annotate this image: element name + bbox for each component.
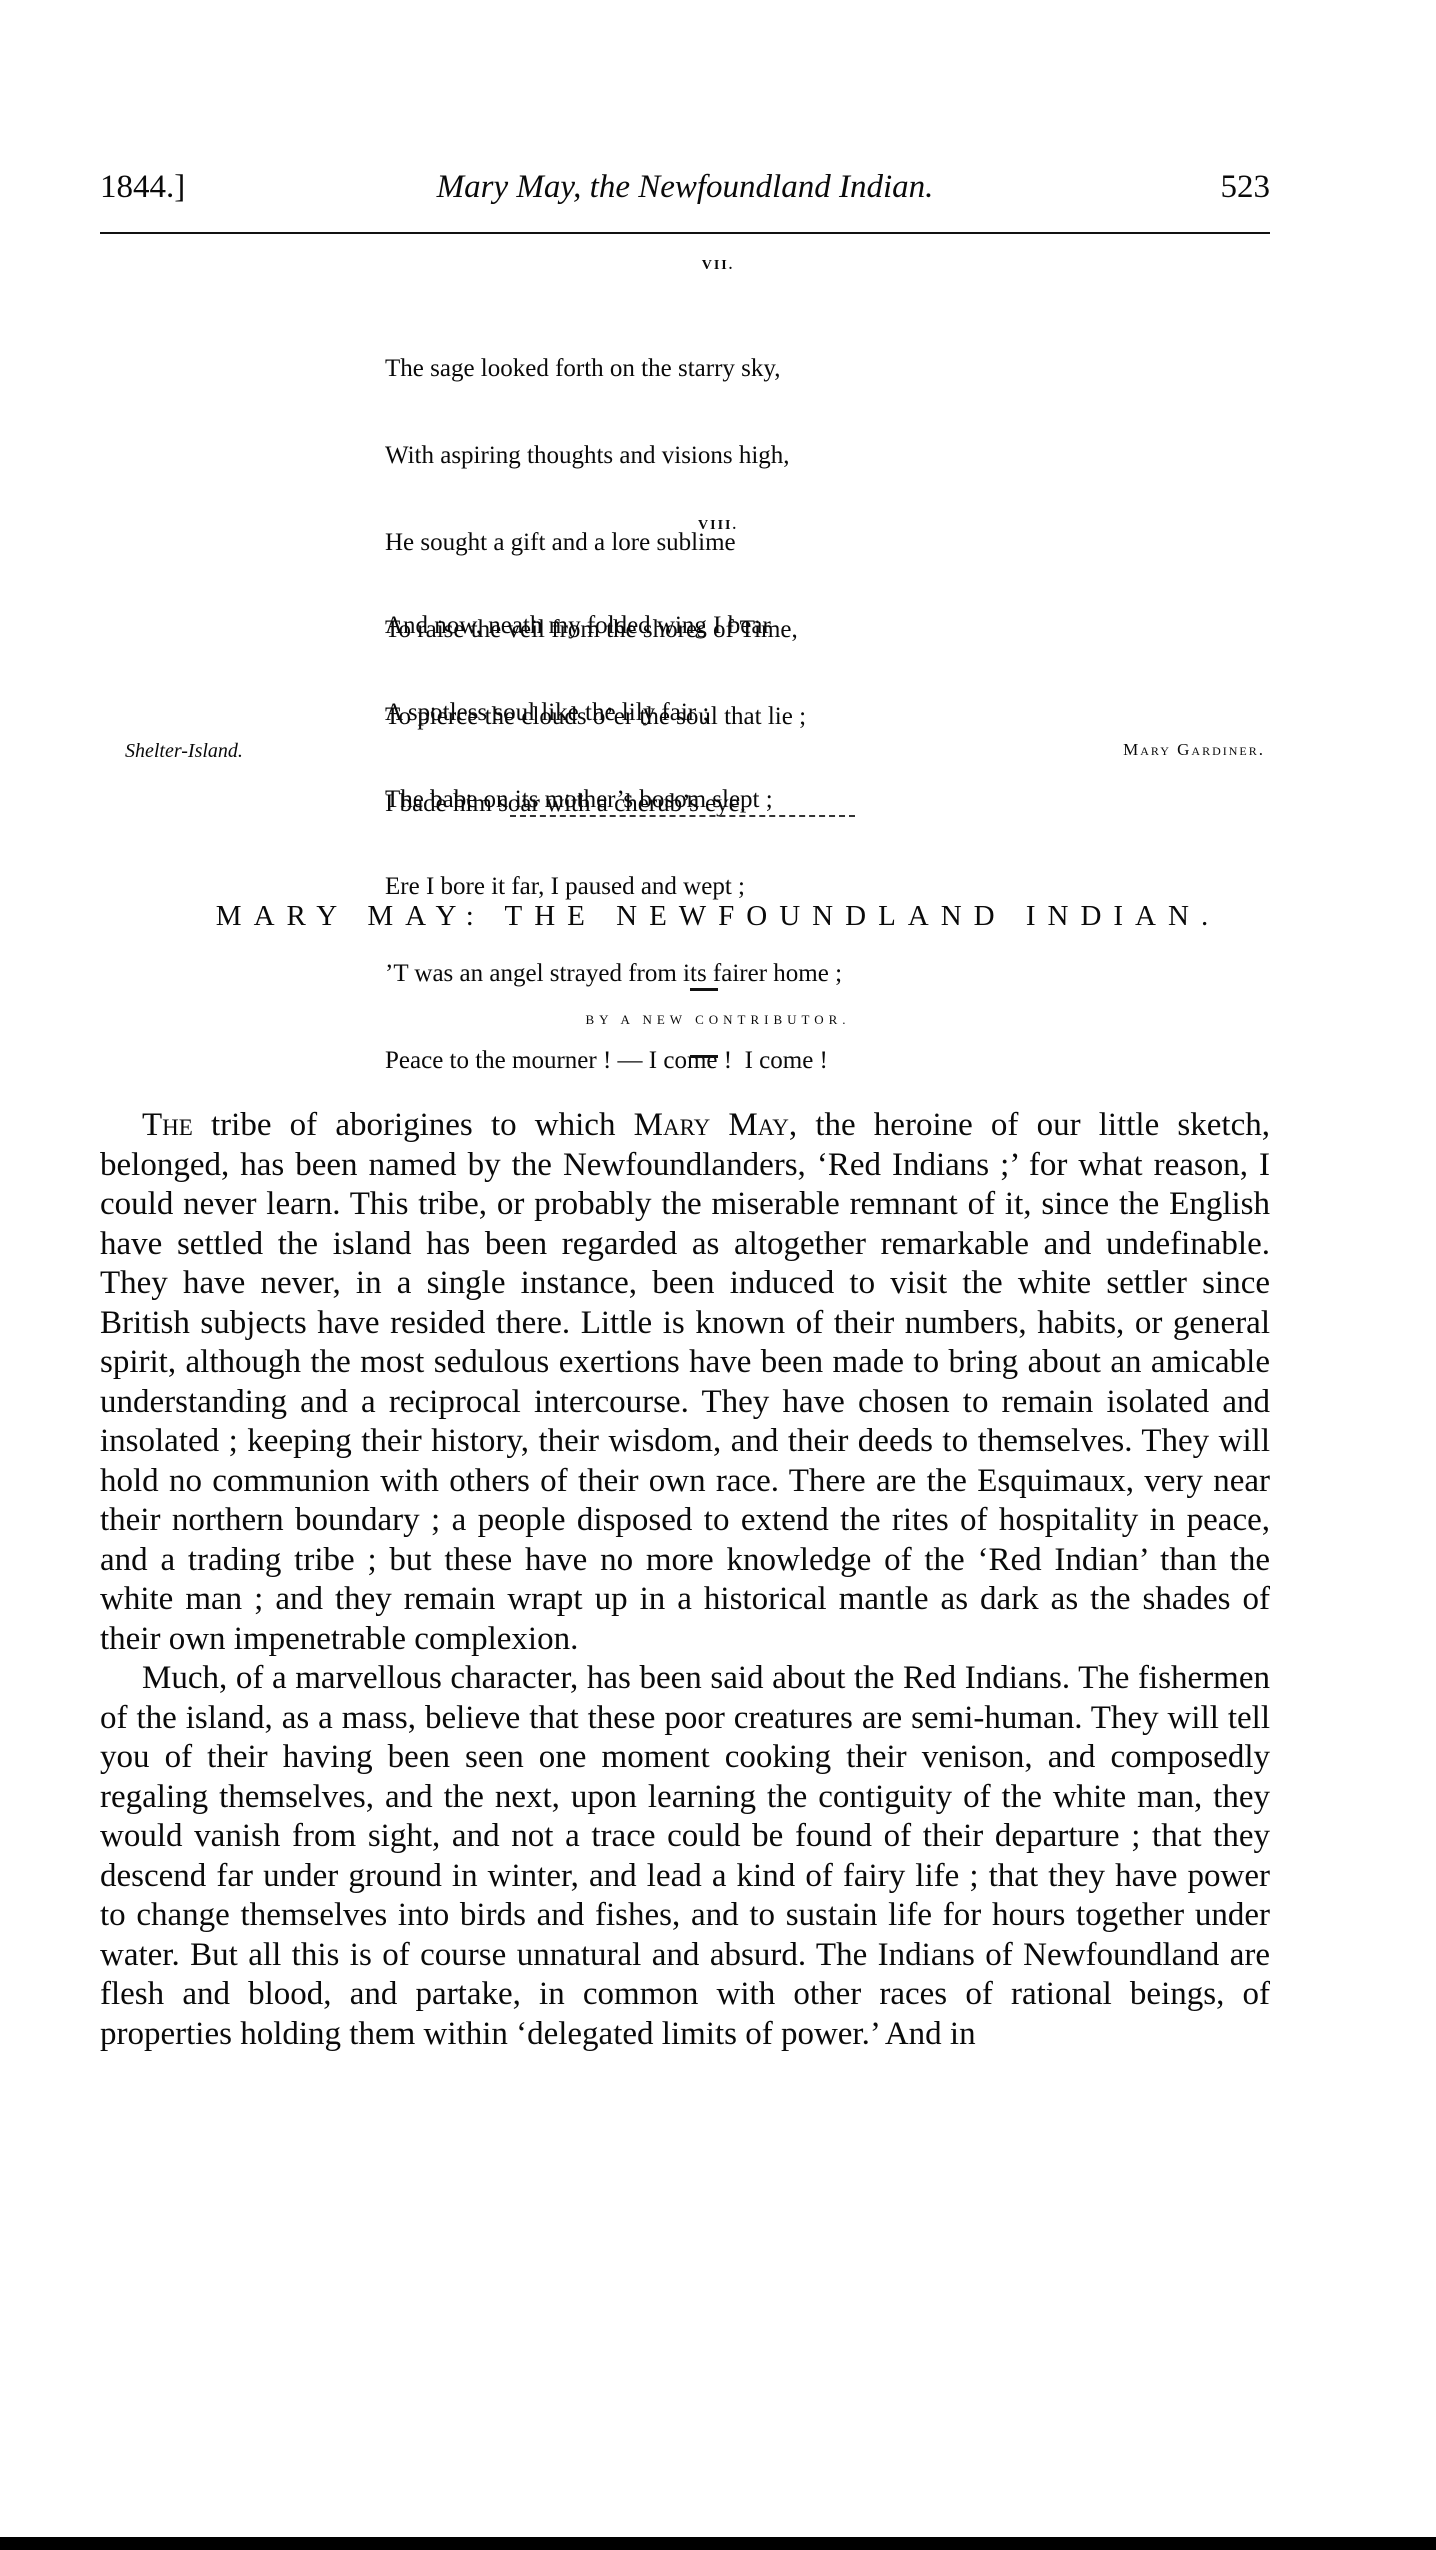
byline-rule	[690, 1055, 718, 1058]
article-title: MARY MAY: THE NEWFOUNDLAND INDIAN.	[0, 896, 1436, 936]
running-head: 1844.] Mary May, the Newfoundland Indian…	[100, 162, 1270, 212]
poem-line: Peace to the mourner ! — I come ! I come…	[385, 1046, 842, 1075]
page-number: 523	[1221, 162, 1271, 212]
byline: BY A NEW CONTRIBUTOR.	[0, 1012, 1436, 1028]
poem-line: The sage looked forth on the starry sky,	[385, 354, 806, 383]
header-rule	[100, 232, 1270, 234]
poem-place: Shelter-Island.	[125, 740, 243, 763]
poem-line: ’T was an angel strayed from its fairer …	[385, 959, 842, 988]
scan-edge	[0, 2537, 1436, 2550]
article-body: The tribe of aborigines to which Mary Ma…	[100, 1106, 1270, 2054]
paragraph: Much, of a marvellous character, has bee…	[100, 1659, 1270, 2054]
poem-line: And now, neath my folded wing I bear	[385, 611, 842, 640]
section-divider	[510, 815, 855, 817]
lead-word: The	[142, 1107, 193, 1143]
heroine-name: Mary May	[634, 1107, 789, 1143]
poem-line: With aspiring thoughts and visions high,	[385, 441, 806, 470]
poem-author: Mary Gardiner.	[1123, 740, 1265, 760]
poem-line: A spotless soul like the lily fair ;	[385, 698, 842, 727]
stanza-number: VIII.	[0, 518, 1436, 534]
running-head-title: Mary May, the Newfoundland Indian.	[100, 162, 1270, 212]
paragraph: The tribe of aborigines to which Mary Ma…	[100, 1106, 1270, 1659]
poem-line: The babe on its mother’s bosom slept ;	[385, 785, 842, 814]
title-rule	[690, 988, 718, 991]
stanza-number: VII.	[0, 258, 1436, 274]
poem-signoff: Shelter-Island. Mary Gardiner.	[125, 740, 1265, 770]
